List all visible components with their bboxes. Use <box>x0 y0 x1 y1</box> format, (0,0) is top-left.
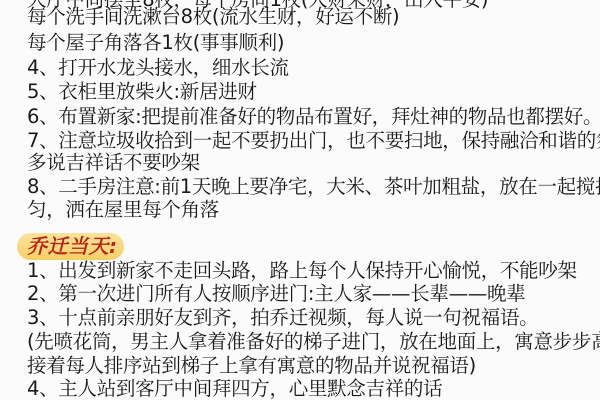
text-line: 匀，洒在屋里每个角落 <box>27 198 219 222</box>
text-line: (先喷花筒，男主人拿着准备好的梯子进门，放在地面上，寓意步步高升， <box>27 330 600 354</box>
document-page: 大厅中间摆至8枚，每个房间1枚(人财来财，出入平安) 每个洗手间洗漱台8枚(流水… <box>0 0 600 400</box>
list-item-4: 4、主人站到客厅中间拜四方，心里默念吉祥的话 <box>27 377 442 400</box>
list-item-5: 5、衣柜里放柴火:新居进财 <box>27 80 257 104</box>
section-heading: 乔迁当天: <box>27 233 118 260</box>
list-item-2: 2、第一次进门所有人按顺序进门:主人家——长辈——晚辈 <box>27 282 525 306</box>
list-item-4: 4、打开水龙头接水，细水长流 <box>27 56 289 80</box>
list-item-6: 6、布置新家:把提前准备好的物品布置好，拜灶神的物品也都摆好。 <box>27 105 600 129</box>
list-item-1: 1、出发到新家不走回头路，路上每个人保持开心愉悦，不能吵架 <box>27 259 577 283</box>
list-item-8: 8、二手房注意:前1天晚上要净宅，大米、茶叶加粗盐，放在一起搅拌均 <box>27 175 600 199</box>
text-line: 接着每人排序站到梯子上拿有寓意的物品并说祝福语) <box>27 354 476 378</box>
text-line: 多说吉祥话不要吵架 <box>27 151 200 175</box>
text-line: 每个屋子角落各1枚(事事顺利) <box>27 31 284 55</box>
text-line: 每个洗手间洗漱台8枚(流水生财，好运不断) <box>27 5 399 29</box>
list-item-7: 7、注意垃圾收拾到一起不要扔出门，也不要扫地，保持融洽和谐的氛围 <box>27 129 600 153</box>
list-item-3: 3、十点前亲朋好友到齐，拍乔迁视频，每人说一句祝福语。 <box>27 306 538 330</box>
